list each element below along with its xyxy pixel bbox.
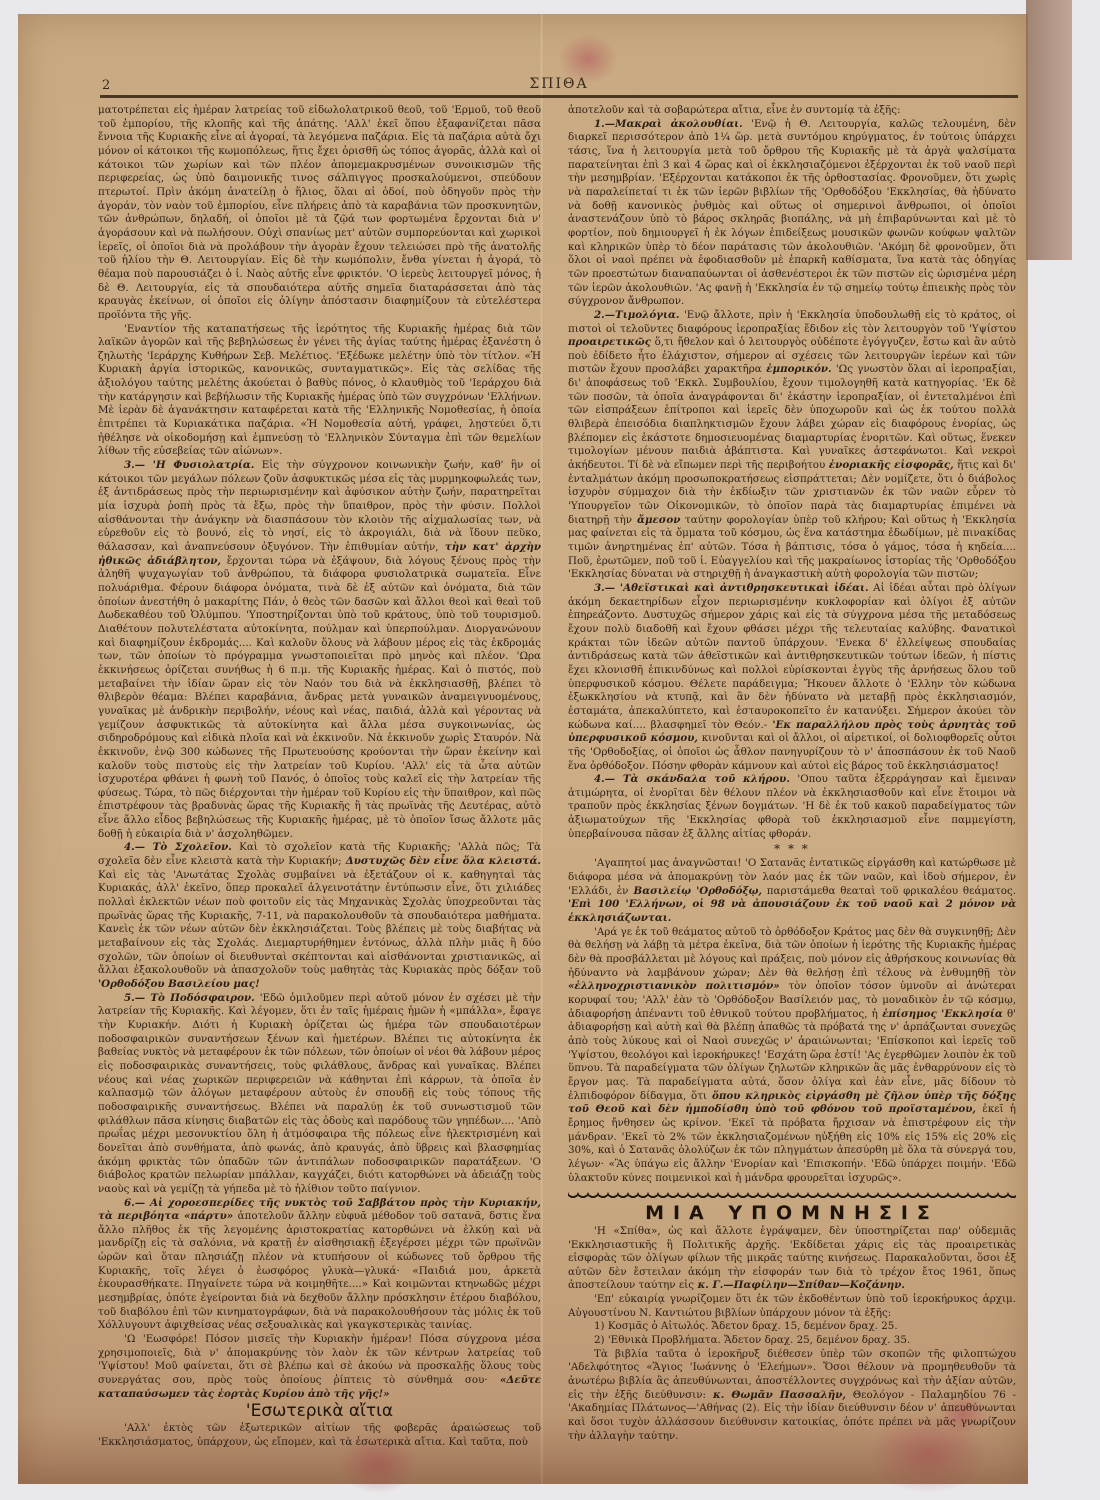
emphasis: κ. Γ.—Παφίλην—Σπίθαν—Κοζάνην. xyxy=(694,1279,905,1291)
paragraph: ματοτρέπεται εἰς ἡμέραν λατρείας τοῦ εἰδ… xyxy=(98,104,541,323)
paragraph: 'Επ' εὐκαιρίᾳ γνωρίζομεν ὅτι ἐκ τῶν ἐκδο… xyxy=(568,1293,1016,1320)
paragraph: 6.— Αἱ χοροεσπερίδες τῆς νυκτὸς τοῦ Σαββ… xyxy=(98,1197,541,1334)
paragraph-text: Καὶ εἰς τὰς 'Ανωτάτας Σχολὰς συμβαίνει ν… xyxy=(98,869,541,977)
page-header: 2 ΣΠΙΘΑ xyxy=(100,74,1018,94)
paragraph: 'Αρά γε ἐκ τοῦ θεάματος αὐτοῦ τὸ ὀρθόδοξ… xyxy=(568,926,1016,1185)
section-label: 5.— Τὸ Ποδόσφαιρον. xyxy=(124,992,255,1004)
emphasis: 'Ορθοδόξου Βασιλείου μας! xyxy=(98,978,260,990)
section-label: 2.—Τιμολόγια. xyxy=(594,309,679,321)
paragraph: 5.— Τὸ Ποδόσφαιρον. 'Εδῶ ὁμιλοῦμεν περὶ … xyxy=(98,992,541,1197)
paragraph-text: θ' ἀδιαφορήσῃ καὶ αὐτὴ καὶ θὰ βλέπῃ ἀπαθ… xyxy=(568,1008,1016,1102)
paragraph-text: ἐκεῖ ἡ ἔρημος ἤνθησεν ὡς κρίνον. 'Εκεῖ τ… xyxy=(568,1103,1016,1183)
paragraph: 'Ω 'Εωσφόρε! Πόσον μισεῖς τὴν Κυριακὴν ἡ… xyxy=(98,1333,541,1401)
left-column: ματοτρέπεται εἰς ἡμέραν λατρείας τοῦ εἰδ… xyxy=(98,104,541,1449)
paragraph-text: Εἰς τὴν σύγχρονον κοινωνικὴν ζωήν, καθ' … xyxy=(98,459,541,553)
notice-title: ΜΙΑ ΥΠΟΜΝΗΣΙΣ xyxy=(568,1207,1016,1221)
paragraph: 4.— Τὰ σκάνδαλα τοῦ κλήρου. 'Οπου ταῦτα … xyxy=(568,773,1016,841)
paragraph-text: 'Ω 'Εωσφόρε! Πόσον μισεῖς τὴν Κυριακὴν ἡ… xyxy=(98,1333,541,1386)
section-label: 3.— 'Αθεϊστικαὶ καὶ ἀντιθρησκευτικαὶ ἰδέ… xyxy=(594,582,869,594)
emphasis: ἐπίσημος 'Εκκλησία xyxy=(878,1008,1003,1020)
paragraph-text: ἀποτελοῦν ἄλλην εὐφυᾶ μέθοδον τοῦ σατανᾶ… xyxy=(98,1210,541,1331)
section-label: 1.—Μακραὶ ἀκολουθίαι. xyxy=(594,118,743,130)
masthead: ΣΠΙΘΑ xyxy=(100,76,1018,92)
emphasis: ἐνοριακῆς εἰσφορᾶς, xyxy=(825,459,954,471)
right-column: ἀποτελοῦν καὶ τὰ σοβαρώτερα αἴτια, εἶνε … xyxy=(568,104,1016,1443)
header-rule xyxy=(100,95,1018,98)
paragraph: 4.— Τὸ Σχολεῖον. Καὶ τὸ σχολεῖον κατὰ τῆ… xyxy=(98,841,541,991)
paragraph: ἀποτελοῦν καὶ τὰ σοβαρώτερα αἴτια, εἶνε … xyxy=(568,104,1016,118)
paragraph: Τὰ βιβλία ταῦτα ὁ ἱεροκῆρυξ διέθεσεν ὑπὲ… xyxy=(568,1348,1016,1444)
paragraph-text: 'Ως γνωστὸν ὅλαι αἱ ἱεροπραξίαι, δι' ἀπο… xyxy=(568,363,1016,471)
emphasis: κ. Θωμᾶν Πασσαλῆν, xyxy=(706,1389,846,1401)
emphasis: 'Επὶ 100 'Ελλήνων, οἱ 98 νὰ ἀπουσιάζουν … xyxy=(568,898,1016,924)
paragraph: 'Αγαπητοί μας ἀναγνῶσται! 'Ο Σατανᾶς ἐντ… xyxy=(568,857,1016,925)
paragraph: 'Η «Σπίθα», ὡς καὶ ἄλλοτε ἐγράψαμεν, δὲν… xyxy=(568,1225,1016,1293)
section-label: 3.— 'Η Φυσιολατρία. xyxy=(124,459,254,471)
emphasis: Βασιλείῳ 'Ορθοδόξῳ, xyxy=(628,885,762,897)
paragraph: 1.—Μακραὶ ἀκολουθίαι. 'Ενῷ ἡ Θ. Λειτουργ… xyxy=(568,118,1016,309)
paragraph: 3.— 'Αθεϊστικαὶ καὶ ἀντιθρησκευτικαὶ ἰδέ… xyxy=(568,582,1016,773)
page-edge xyxy=(1026,0,1072,260)
paragraph-text: 'Αρά γε ἐκ τοῦ θεάματος αὐτοῦ τὸ ὀρθόδοξ… xyxy=(568,926,1016,979)
paragraph: 'Αλλ' ἐκτὸς τῶν ἐξωτερικῶν αἰτίων τῆς φο… xyxy=(98,1422,541,1449)
emphasis: ἄμεσον xyxy=(632,514,680,526)
section-heading: 'Εσωτερικὰ αἴτια xyxy=(98,1405,541,1419)
book-item: 1) Κοσμᾶς ὁ Αἰτωλός. Ἄδετον δραχ. 15, δε… xyxy=(568,1320,1016,1334)
paragraph: 3.— 'Η Φυσιολατρία. Εἰς τὴν σύγχρονον κο… xyxy=(98,459,541,841)
paragraph-text: 'Ενῷ ἡ Θ. Λειτουργία, καλῶς τελουμένη, δ… xyxy=(568,118,1016,308)
paragraph-text: παριστάμεθα θεαταὶ τοῦ φρικαλέου θεάματο… xyxy=(762,885,1016,897)
paragraph-text: Αἱ ἰδέαι αὗται πρὸ ὀλίγων ἀκόμη δεκαετηρ… xyxy=(568,582,1016,731)
wavy-divider xyxy=(568,1191,1016,1201)
emphasis: «ἑλληνοχριστιανικὸν πολιτισμόν» xyxy=(568,980,780,992)
paragraph-text: ἔρχονται τώρα νὰ ἐξάψουν, διὰ λόγους ξέν… xyxy=(98,555,541,840)
book-item: 2) 'Εθνικὰ Προβλήματα. Ἄδετον δραχ. 25, … xyxy=(568,1334,1016,1348)
section-label: 4.— Τὰ σκάνδαλα τοῦ κλήρου. xyxy=(594,773,790,785)
section-label: 4.— Τὸ Σχολεῖον. xyxy=(124,841,232,853)
emphasis: προαιρετικῶς xyxy=(568,336,651,348)
emphasis: ἐμπορικόν. xyxy=(762,363,832,375)
paragraph: 2.—Τιμολόγια. 'Ενῷ ἄλλοτε, πρὶν ἡ 'Εκκλη… xyxy=(568,309,1016,582)
emphasis: Δυστυχῶς δὲν εἶνε ὅλα κλειστά. xyxy=(342,855,541,867)
asterism-divider: * * * xyxy=(568,843,1016,855)
paragraph: 'Εναντίον τῆς καταπατήσεως τῆς ἱερότητος… xyxy=(98,323,541,460)
paragraph-text: 'Εδῶ ὁμιλοῦμεν περὶ αὐτοῦ μόνον ἐν σχέσε… xyxy=(98,992,541,1195)
